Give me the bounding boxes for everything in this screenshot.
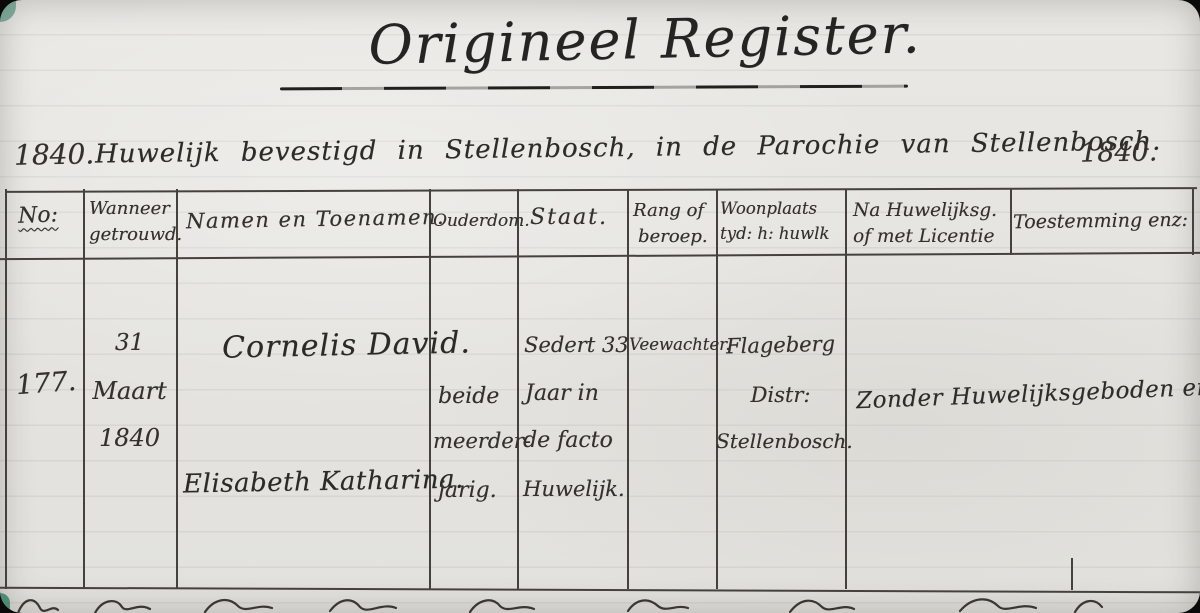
record-age-line1: beide bbox=[438, 384, 499, 409]
confirmation-line: Huwelijk bevestigd in Stellenbosch, in d… bbox=[95, 126, 1162, 169]
table-line-col7 bbox=[845, 189, 847, 589]
partial-handwriting-row bbox=[0, 594, 1200, 613]
col-header-woonplaats-1: Woonplaats bbox=[720, 199, 817, 218]
record-name-groom: Cornelis David. bbox=[222, 325, 471, 365]
record-married-month: Maart bbox=[83, 377, 176, 405]
record-number: 177. bbox=[15, 366, 77, 401]
paper-background: Origineel Register. 1840. Huwelijk beves… bbox=[0, 0, 1200, 613]
col-header-namen: Namen en Toenamen. bbox=[186, 205, 445, 234]
scanned-register-page: Origineel Register. 1840. Huwelijk beves… bbox=[0, 0, 1200, 613]
col-header-staat: Staat. bbox=[530, 205, 608, 230]
record-married-year: 1840 bbox=[83, 424, 176, 452]
record-status-line4: Huwelijk. bbox=[523, 477, 625, 501]
table-line-col8-header bbox=[1010, 189, 1012, 255]
col-header-licentie-1: Na Huwelijksg. bbox=[853, 200, 997, 221]
table-line-right-edge bbox=[1192, 189, 1194, 255]
col-header-toestemming: Toestemming enz: bbox=[1013, 209, 1188, 233]
record-banns: Zonder Huwelijksgeboden enz. bbox=[856, 374, 1200, 414]
page-title: Origineel Register. bbox=[368, 2, 922, 77]
record-residence-line3: Stellenbosch. bbox=[716, 429, 845, 453]
record-residence-line1: Flageberg bbox=[716, 331, 846, 358]
table-line-bottom-stub bbox=[1071, 558, 1073, 590]
record-status-line3: de facto bbox=[523, 428, 613, 453]
table-line-col5 bbox=[627, 189, 629, 589]
col-header-rang-1: Rang of bbox=[633, 200, 704, 221]
scan-artifact-top-left bbox=[0, 0, 16, 22]
table-line-col3 bbox=[429, 189, 431, 589]
table-header-bottom-line bbox=[0, 252, 1200, 260]
table-bottom-line bbox=[0, 587, 1200, 593]
record-status-line1: Sedert 33 bbox=[524, 333, 629, 357]
table-line-left-edge bbox=[5, 189, 7, 589]
table-line-col2 bbox=[176, 189, 178, 589]
col-header-ouderdom: Ouderdom. bbox=[433, 211, 530, 231]
title-underline bbox=[280, 85, 908, 91]
table-top-line bbox=[5, 187, 1197, 192]
record-name-bride: Elisabeth Katharina. bbox=[183, 465, 464, 500]
col-header-woonplaats-2: tyd: h: huwlk bbox=[720, 224, 829, 243]
col-header-wanneer-1: Wanneer bbox=[89, 198, 170, 219]
col-header-rang-2: beroep. bbox=[638, 226, 708, 247]
record-age-line2: meerder- bbox=[433, 429, 531, 453]
record-status-line2: Jaar in bbox=[525, 381, 599, 406]
record-age-line3: jarig. bbox=[438, 478, 497, 503]
record-residence-line2: Distr: bbox=[716, 383, 845, 407]
record-married-day: 31 bbox=[83, 330, 176, 356]
col-header-no: No: bbox=[18, 202, 59, 228]
year-right: 1840. bbox=[1080, 136, 1158, 168]
table-line-col4 bbox=[517, 189, 519, 589]
col-header-wanneer-2: getrouwd. bbox=[89, 224, 182, 245]
col-header-licentie-2: of met Licentie bbox=[853, 226, 994, 247]
year-left: 1840. bbox=[14, 137, 95, 171]
